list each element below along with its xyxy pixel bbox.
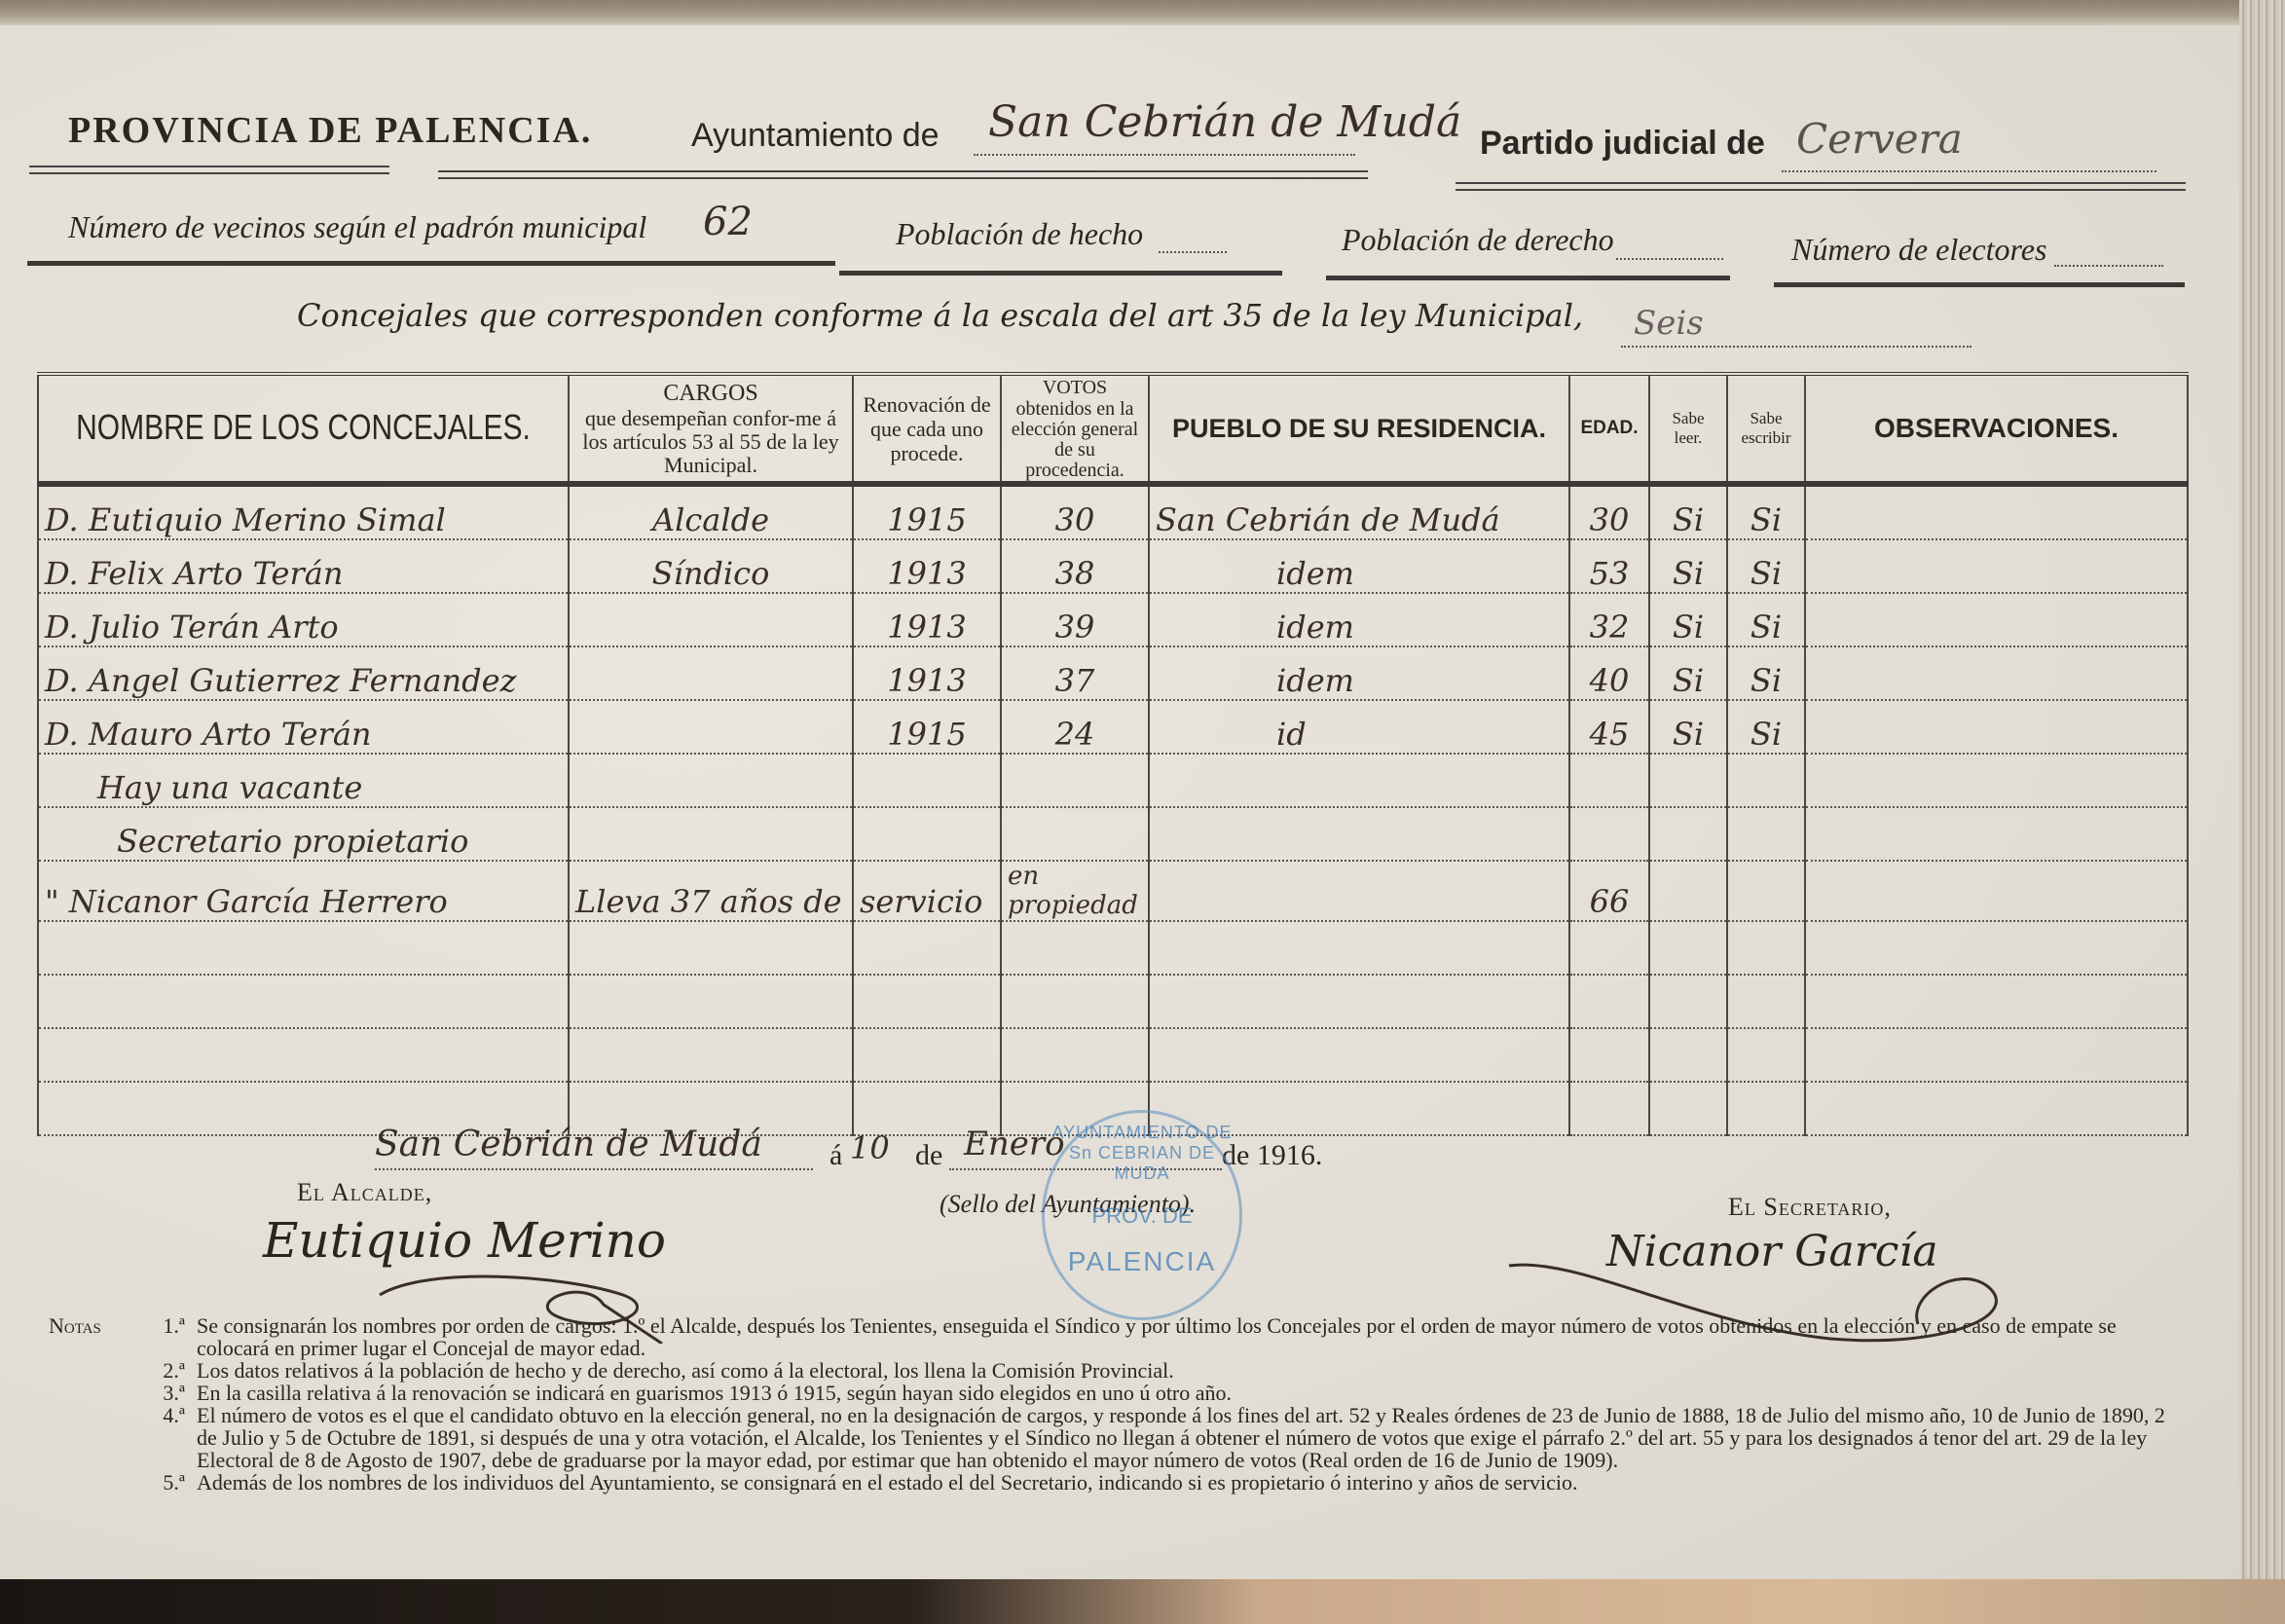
partido-label: Partido judicial de	[1480, 125, 1765, 163]
cell-pueblo	[1149, 807, 1569, 861]
cell-nombre	[38, 975, 569, 1028]
cell-votos	[1001, 975, 1149, 1028]
cell-renovacion: 1913	[853, 646, 1001, 700]
cell-cargo: Alcalde	[569, 484, 853, 539]
cell-cargo	[569, 646, 853, 700]
stamp-top-text: AYUNTAMIENTO DE Sn CEBRIAN DE MUDA	[1045, 1123, 1239, 1184]
cell-cargo	[569, 700, 853, 754]
cell-observaciones	[1805, 593, 2188, 646]
notes-section: Notas 1.ª Se consignarán los nombres por…	[49, 1314, 2191, 1494]
note-text: Los datos relativos á la población de he…	[197, 1359, 2191, 1382]
ayuntamiento-dots	[974, 154, 1355, 156]
cell-cargo: Lleva 37 años de	[569, 861, 853, 921]
concejales-label: Concejales que corresponden conforme á l…	[297, 297, 1583, 334]
cell-observaciones	[1805, 484, 2188, 539]
cell-edad: 30	[1569, 484, 1649, 539]
cell-nombre: " Nicanor García Herrero	[38, 861, 569, 921]
cell-escribir	[1727, 1082, 1805, 1135]
cell-renovacion: 1915	[853, 700, 1001, 754]
ayuntamiento-stamp: AYUNTAMIENTO DE Sn CEBRIAN DE MUDA PROV.…	[1042, 1110, 1242, 1320]
cell-nombre: Secretario propietario	[38, 807, 569, 861]
table-row	[38, 921, 2188, 975]
table-row: D. Angel Gutierrez Fernandez191337idem40…	[38, 646, 2188, 700]
col-observaciones-title: OBSERVACIONES.	[1874, 413, 2119, 443]
cell-leer	[1649, 1028, 1727, 1082]
cell-edad	[1569, 975, 1649, 1028]
cell-votos: 37	[1001, 646, 1149, 700]
col-votos-subtitle: obtenidos en la elección general de su p…	[1008, 399, 1142, 481]
cell-escribir: Si	[1727, 539, 1805, 593]
cell-escribir: Si	[1727, 646, 1805, 700]
rule	[839, 271, 1282, 276]
cell-edad: 32	[1569, 593, 1649, 646]
document-page: PROVINCIA DE PALENCIA. Ayuntamiento de S…	[0, 0, 2239, 1597]
cell-renovacion	[853, 754, 1001, 807]
cell-leer	[1649, 807, 1727, 861]
footer-day: 10	[850, 1129, 890, 1166]
alcalde-label: El Alcalde,	[297, 1178, 432, 1207]
note-item: 5.ª Además de los nombres de los individ…	[49, 1471, 2191, 1494]
cell-observaciones	[1805, 921, 2188, 975]
cell-leer	[1649, 1082, 1727, 1135]
col-escribir: Sabe escribir	[1727, 374, 1805, 484]
cell-edad	[1569, 1028, 1649, 1082]
col-nombre: NOMBRE DE LOS CONCEJALES.	[38, 374, 569, 484]
cell-cargo	[569, 807, 853, 861]
cell-leer: Si	[1649, 646, 1727, 700]
col-escribir-title: Sabe escribir	[1742, 409, 1791, 447]
secretario-label: El Secretario,	[1728, 1193, 1892, 1222]
cell-votos: 24	[1001, 700, 1149, 754]
cell-escribir	[1727, 807, 1805, 861]
cell-escribir	[1727, 921, 1805, 975]
poblacion-derecho-dots	[1616, 258, 1723, 260]
footer-place: San Cebrián de Mudá	[375, 1125, 762, 1164]
col-votos: VOTOS obtenidos en la elección general d…	[1001, 374, 1149, 484]
cell-nombre	[38, 921, 569, 975]
note-item: 2.ª Los datos relativos á la población d…	[49, 1359, 2191, 1382]
notes-label-spacer	[49, 1382, 141, 1404]
cell-leer: Si	[1649, 700, 1727, 754]
table-row: D. Julio Terán Arto191339idem32SiSi	[38, 593, 2188, 646]
table-row: Secretario propietario	[38, 807, 2188, 861]
cell-nombre: D. Mauro Arto Terán	[38, 700, 569, 754]
table-row: D. Felix Arto TeránSíndico191338idem53Si…	[38, 539, 2188, 593]
cell-nombre	[38, 1028, 569, 1082]
concejales-dots	[1621, 346, 1972, 348]
cell-edad	[1569, 921, 1649, 975]
cell-pueblo	[1149, 861, 1569, 921]
note-text: Se consignarán los nombres por orden de …	[197, 1314, 2191, 1359]
cell-votos	[1001, 921, 1149, 975]
alcalde-signature: Eutiquio Merino	[263, 1212, 666, 1269]
cell-observaciones	[1805, 700, 2188, 754]
cell-observaciones	[1805, 539, 2188, 593]
cell-escribir	[1727, 975, 1805, 1028]
cell-observaciones	[1805, 754, 2188, 807]
cell-cargo	[569, 593, 853, 646]
note-number: 3.ª	[141, 1382, 197, 1404]
cell-observaciones	[1805, 975, 2188, 1028]
cell-observaciones	[1805, 807, 2188, 861]
cell-renovacion: 1913	[853, 539, 1001, 593]
col-pueblo-title: PUEBLO DE SU RESIDENCIA.	[1172, 414, 1546, 443]
book-page-edges	[2239, 0, 2285, 1597]
cell-votos: 38	[1001, 539, 1149, 593]
partido-value: Cervera	[1796, 115, 1963, 163]
note-number: 5.ª	[141, 1471, 197, 1494]
cell-pueblo: idem	[1149, 539, 1569, 593]
cell-votos: 30	[1001, 484, 1149, 539]
electores-dots	[2054, 265, 2163, 267]
cell-edad	[1569, 754, 1649, 807]
cell-renovacion	[853, 975, 1001, 1028]
cell-renovacion: 1915	[853, 484, 1001, 539]
cell-votos	[1001, 1028, 1149, 1082]
table-row: Hay una vacante	[38, 754, 2188, 807]
cell-nombre: D. Angel Gutierrez Fernandez	[38, 646, 569, 700]
note-number: 1.ª	[141, 1314, 197, 1359]
electores-label: Número de electores	[1791, 232, 2046, 268]
table-row: D. Eutiquio Merino SimalAlcalde191530San…	[38, 484, 2188, 539]
col-nombre-title: NOMBRE DE LOS CONCEJALES.	[76, 409, 531, 449]
note-item: Notas 1.ª Se consignarán los nombres por…	[49, 1314, 2191, 1359]
notes-label-spacer	[49, 1471, 141, 1494]
stamp-bottom-text: PALENCIA	[1045, 1246, 1239, 1277]
poblacion-derecho-label: Población de derecho	[1342, 222, 1614, 258]
rule	[1326, 276, 1730, 280]
provincia-title: PROVINCIA DE PALENCIA.	[68, 109, 592, 152]
cell-pueblo	[1149, 921, 1569, 975]
cell-edad: 53	[1569, 539, 1649, 593]
cell-cargo	[569, 754, 853, 807]
cell-edad: 45	[1569, 700, 1649, 754]
footer-a: á	[829, 1139, 842, 1172]
cell-votos	[1001, 807, 1149, 861]
col-renovacion: Renovación de que cada uno procede.	[853, 374, 1001, 484]
cell-edad	[1569, 807, 1649, 861]
notes-label: Notas	[49, 1314, 141, 1359]
note-text: Además de los nombres de los individuos …	[197, 1471, 2191, 1494]
col-votos-title: VOTOS	[1008, 377, 1142, 399]
cell-observaciones	[1805, 861, 2188, 921]
cell-leer: Si	[1649, 484, 1727, 539]
cell-votos: en propiedad	[1001, 861, 1149, 921]
table-row	[38, 975, 2188, 1028]
table-row: " Nicanor García HerreroLleva 37 años de…	[38, 861, 2188, 921]
cell-escribir: Si	[1727, 700, 1805, 754]
book-bottom-edge	[0, 1579, 2285, 1624]
note-number: 2.ª	[141, 1359, 197, 1382]
cell-pueblo: San Cebrián de Mudá	[1149, 484, 1569, 539]
col-edad-title: EDAD.	[1580, 418, 1638, 438]
cell-renovacion	[853, 1028, 1001, 1082]
rule	[27, 261, 835, 266]
rule	[1456, 182, 2186, 191]
col-observaciones: OBSERVACIONES.	[1805, 374, 2188, 484]
col-leer-title: Sabe leer.	[1672, 409, 1704, 447]
cell-nombre: D. Felix Arto Terán	[38, 539, 569, 593]
cell-escribir	[1727, 754, 1805, 807]
cell-observaciones	[1805, 646, 2188, 700]
stamp-mid-text: PROV. DE	[1045, 1203, 1239, 1229]
cell-edad	[1569, 1082, 1649, 1135]
cell-observaciones	[1805, 1028, 2188, 1082]
rule	[29, 166, 389, 174]
note-text: El número de votos es el que el candidat…	[197, 1404, 2191, 1471]
cell-pueblo	[1149, 1028, 1569, 1082]
cell-edad: 40	[1569, 646, 1649, 700]
col-leer: Sabe leer.	[1649, 374, 1727, 484]
cell-renovacion: 1913	[853, 593, 1001, 646]
rule	[438, 170, 1368, 179]
cell-pueblo: id	[1149, 700, 1569, 754]
ayuntamiento-value: San Cebrián de Mudá	[988, 97, 1461, 147]
col-cargos: CARGOS que desempeñan confor-me á los ar…	[569, 374, 853, 484]
note-text: En la casilla relativa á la renovación s…	[197, 1382, 2191, 1404]
col-pueblo: PUEBLO DE SU RESIDENCIA.	[1149, 374, 1569, 484]
partido-dots	[1782, 170, 2156, 172]
cell-cargo: Síndico	[569, 539, 853, 593]
cell-escribir	[1727, 1028, 1805, 1082]
notes-label-spacer	[49, 1404, 141, 1471]
table-row: D. Mauro Arto Terán191524id45SiSi	[38, 700, 2188, 754]
notes-label-spacer	[49, 1359, 141, 1382]
cell-escribir	[1727, 861, 1805, 921]
book-top-edge	[0, 0, 2285, 25]
footer-de: de	[915, 1139, 942, 1172]
cell-nombre: D. Eutiquio Merino Simal	[38, 484, 569, 539]
cell-pueblo	[1149, 754, 1569, 807]
cell-leer: Si	[1649, 593, 1727, 646]
cell-edad: 66	[1569, 861, 1649, 921]
col-cargos-title: CARGOS	[575, 381, 846, 407]
cell-leer	[1649, 921, 1727, 975]
cell-pueblo: idem	[1149, 593, 1569, 646]
cell-leer	[1649, 861, 1727, 921]
note-item: 4.ª El número de votos es el que el cand…	[49, 1404, 2191, 1471]
vecinos-label: Número de vecinos según el padrón munici…	[68, 209, 646, 245]
concejales-table: NOMBRE DE LOS CONCEJALES. CARGOS que des…	[37, 372, 2189, 1136]
cell-cargo	[569, 975, 853, 1028]
cell-leer: Si	[1649, 539, 1727, 593]
note-item: 3.ª En la casilla relativa á la renovaci…	[49, 1382, 2191, 1404]
col-edad: EDAD.	[1569, 374, 1649, 484]
cell-renovacion: servicio	[853, 861, 1001, 921]
cell-escribir: Si	[1727, 484, 1805, 539]
ayuntamiento-label: Ayuntamiento de	[691, 117, 940, 155]
cell-leer	[1649, 975, 1727, 1028]
cell-pueblo	[1149, 975, 1569, 1028]
cell-nombre: Hay una vacante	[38, 754, 569, 807]
cell-votos	[1001, 754, 1149, 807]
cell-votos: 39	[1001, 593, 1149, 646]
cell-nombre: D. Julio Terán Arto	[38, 593, 569, 646]
poblacion-hecho-dots	[1159, 251, 1227, 253]
table-header-row: NOMBRE DE LOS CONCEJALES. CARGOS que des…	[38, 374, 2188, 484]
poblacion-hecho-label: Población de hecho	[896, 216, 1143, 252]
table-row	[38, 1028, 2188, 1082]
cell-cargo	[569, 1028, 853, 1082]
concejales-value: Seis	[1634, 304, 1704, 343]
cell-observaciones	[1805, 1082, 2188, 1135]
place-dots	[375, 1168, 813, 1170]
rule	[1774, 282, 2185, 287]
cell-renovacion	[853, 807, 1001, 861]
cell-escribir: Si	[1727, 593, 1805, 646]
cell-pueblo: idem	[1149, 646, 1569, 700]
col-cargos-subtitle: que desempeñan confor-me á los artículos…	[575, 407, 846, 477]
cell-leer	[1649, 754, 1727, 807]
col-renovacion-title: Renovación de que cada uno procede.	[860, 392, 994, 465]
vecinos-value: 62	[703, 200, 753, 244]
note-number: 4.ª	[141, 1404, 197, 1471]
cell-cargo	[569, 921, 853, 975]
cell-renovacion	[853, 921, 1001, 975]
